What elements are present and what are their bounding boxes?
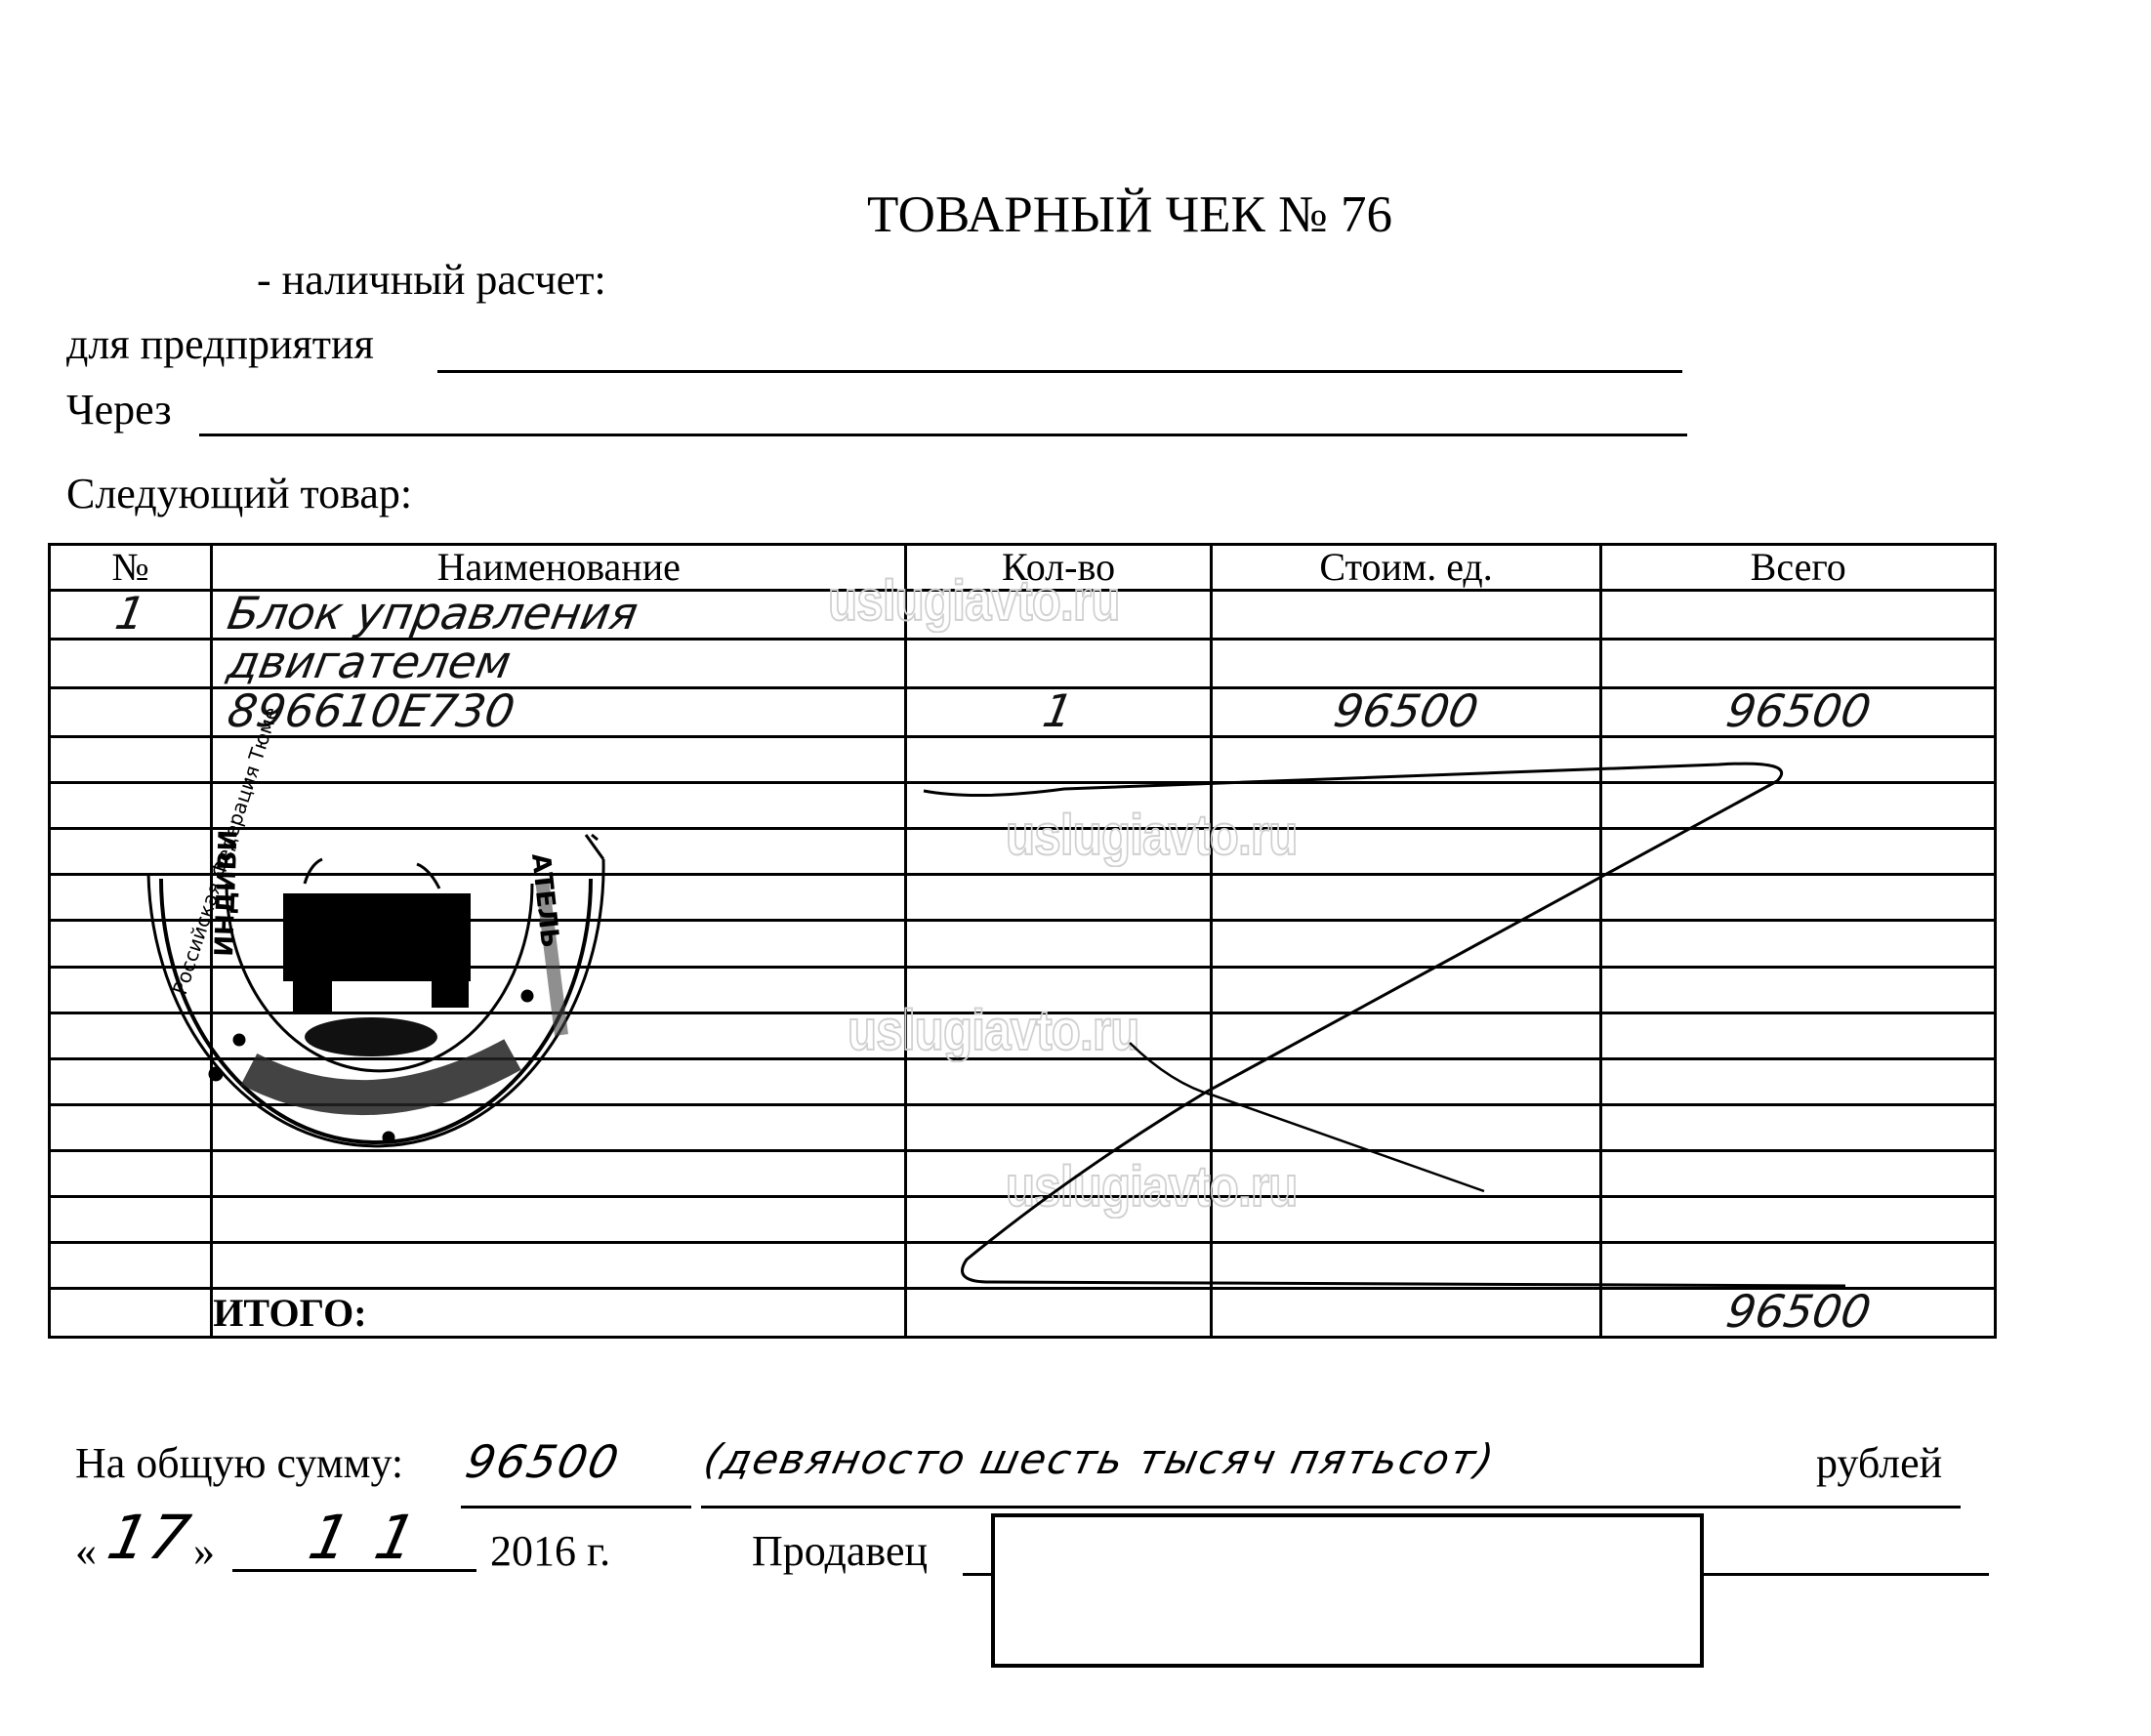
table-row-empty: [50, 1104, 1996, 1150]
via-label: Через: [66, 386, 172, 434]
cell-number-value: 1: [112, 592, 148, 635]
cell-number[interactable]: [50, 1013, 212, 1058]
cell-total[interactable]: [1601, 1104, 1996, 1150]
cell-number[interactable]: [50, 1197, 212, 1243]
cell-total[interactable]: [1601, 967, 1996, 1013]
cell-quantity: [906, 1289, 1211, 1338]
cell-number[interactable]: [50, 1058, 212, 1104]
cell-total[interactable]: [1601, 1150, 1996, 1196]
table-row-empty: [50, 875, 1996, 921]
date-year: 2016 г.: [490, 1527, 610, 1576]
cell-number[interactable]: 1: [50, 591, 212, 640]
cell-name[interactable]: [212, 737, 906, 783]
total-sum-label: На общую сумму:: [75, 1439, 403, 1488]
cell-total[interactable]: [1601, 875, 1996, 921]
cell-total[interactable]: [1601, 1243, 1996, 1289]
cell-number[interactable]: [50, 783, 212, 829]
cell-quantity[interactable]: [906, 1104, 1211, 1150]
seller-signature-redaction-box: [991, 1513, 1704, 1668]
cell-total[interactable]: [1601, 591, 1996, 640]
table-row: двигателем: [50, 640, 1996, 688]
header-name: Наименование: [212, 545, 906, 591]
cell-total[interactable]: [1601, 1013, 1996, 1058]
header-total: Всего: [1601, 545, 1996, 591]
cell-quantity[interactable]: [906, 640, 1211, 688]
cell-name[interactable]: [212, 1058, 906, 1104]
cell-unit-price[interactable]: [1211, 1058, 1601, 1104]
cell-name-value: двигателем: [225, 641, 514, 683]
cell-number[interactable]: [50, 829, 212, 875]
cell-total[interactable]: [1601, 1197, 1996, 1243]
cell-name-value: Блок управления: [225, 592, 641, 635]
cell-total[interactable]: [1601, 829, 1996, 875]
cell-quantity-value: 1: [1041, 689, 1077, 732]
total-sum-value[interactable]: 96500: [461, 1435, 625, 1488]
total-label: ИТОГО:: [212, 1289, 906, 1338]
cell-total[interactable]: 96500: [1601, 688, 1996, 737]
cell-number[interactable]: [50, 1243, 212, 1289]
cell-number[interactable]: [50, 688, 212, 737]
watermark: uslugiavto.ru: [828, 568, 1119, 634]
cell-name[interactable]: [212, 1013, 906, 1058]
seller-line-right: [1700, 1573, 1989, 1576]
cell-unit-price[interactable]: [1211, 1243, 1601, 1289]
cell-total[interactable]: [1601, 1058, 1996, 1104]
cell-total[interactable]: [1601, 737, 1996, 783]
watermark: uslugiavto.ru: [1006, 803, 1297, 868]
cell-name[interactable]: [212, 967, 906, 1013]
table-row: 896610E73019650096500: [50, 688, 1996, 737]
header-unit-price: Стоим. ед.: [1211, 545, 1601, 591]
cell-name-value: 896610E730: [225, 689, 517, 732]
cell-unit-price[interactable]: [1211, 921, 1601, 967]
cell-total-value: 96500: [1723, 689, 1874, 732]
cell-name[interactable]: [212, 1197, 906, 1243]
cell-name[interactable]: [212, 921, 906, 967]
total-sum-words[interactable]: (девяносто шесть тысяч пятьсот): [700, 1435, 1500, 1483]
cell-quantity[interactable]: [906, 737, 1211, 783]
cell-unit-price: [1211, 1289, 1601, 1338]
cell-quantity[interactable]: [906, 1058, 1211, 1104]
cell-name[interactable]: 896610E730: [212, 688, 906, 737]
cell-quantity[interactable]: [906, 1243, 1211, 1289]
table-total-row: ИТОГО:96500: [50, 1289, 1996, 1338]
cell-number[interactable]: [50, 921, 212, 967]
cell-total[interactable]: [1601, 921, 1996, 967]
via-field-line: [199, 434, 1687, 436]
table-row-empty: [50, 737, 1996, 783]
cell-unit-price[interactable]: [1211, 1013, 1601, 1058]
cell-unit-price[interactable]: [1211, 737, 1601, 783]
sum-words-line: [701, 1506, 1961, 1509]
cell-name[interactable]: [212, 1243, 906, 1289]
table-row-empty: [50, 921, 1996, 967]
header-number: №: [50, 545, 212, 591]
cell-name[interactable]: [212, 829, 906, 875]
date-day[interactable]: 17: [102, 1502, 197, 1573]
enterprise-label: для предприятия: [66, 320, 374, 369]
cell-name[interactable]: Блок управления: [212, 591, 906, 640]
cell-quantity[interactable]: [906, 875, 1211, 921]
cell-quantity[interactable]: [906, 921, 1211, 967]
cell-number[interactable]: [50, 640, 212, 688]
cell-number[interactable]: [50, 737, 212, 783]
cell-name[interactable]: двигателем: [212, 640, 906, 688]
cell-total[interactable]: [1601, 640, 1996, 688]
enterprise-field-line: [437, 370, 1682, 373]
date-month[interactable]: 11: [303, 1502, 449, 1573]
cell-unit-price[interactable]: [1211, 640, 1601, 688]
cell-number[interactable]: [50, 1104, 212, 1150]
total-value: 96500: [1723, 1290, 1874, 1333]
table-row-empty: [50, 1058, 1996, 1104]
cell-number[interactable]: [50, 1150, 212, 1196]
currency-label: рублей: [1816, 1439, 1942, 1488]
cell-number[interactable]: [50, 967, 212, 1013]
cell-name[interactable]: [212, 1150, 906, 1196]
goods-label: Следующий товар:: [66, 470, 412, 518]
payment-type-label: - наличный расчет:: [257, 256, 606, 305]
cell-unit-price-value: 96500: [1331, 689, 1481, 732]
cell-name[interactable]: [212, 875, 906, 921]
watermark: uslugiavto.ru: [848, 998, 1138, 1063]
watermark: uslugiavto.ru: [1006, 1154, 1297, 1219]
cell-unit-price[interactable]: 96500: [1211, 688, 1601, 737]
table-row-empty: [50, 1243, 1996, 1289]
cell-name[interactable]: [212, 783, 906, 829]
cell-unit-price[interactable]: [1211, 875, 1601, 921]
sum-value-line: [461, 1506, 691, 1509]
date-open-quote: «: [75, 1527, 97, 1576]
date-month-line: [232, 1569, 476, 1572]
seller-label: Продавец: [752, 1527, 928, 1576]
cell-unit-price[interactable]: [1211, 1104, 1601, 1150]
cell-number[interactable]: [50, 875, 212, 921]
date-close-quote: »: [193, 1527, 215, 1576]
cell-total[interactable]: [1601, 783, 1996, 829]
cell-name[interactable]: [212, 1104, 906, 1150]
cell-unit-price[interactable]: [1211, 967, 1601, 1013]
cell-number: [50, 1289, 212, 1338]
total-value-cell[interactable]: 96500: [1601, 1289, 1996, 1338]
seller-line-left: [963, 1573, 992, 1576]
cell-unit-price[interactable]: [1211, 591, 1601, 640]
receipt-title: ТОВАРНЫЙ ЧЕК № 76: [867, 186, 1392, 244]
cell-quantity[interactable]: 1: [906, 688, 1211, 737]
